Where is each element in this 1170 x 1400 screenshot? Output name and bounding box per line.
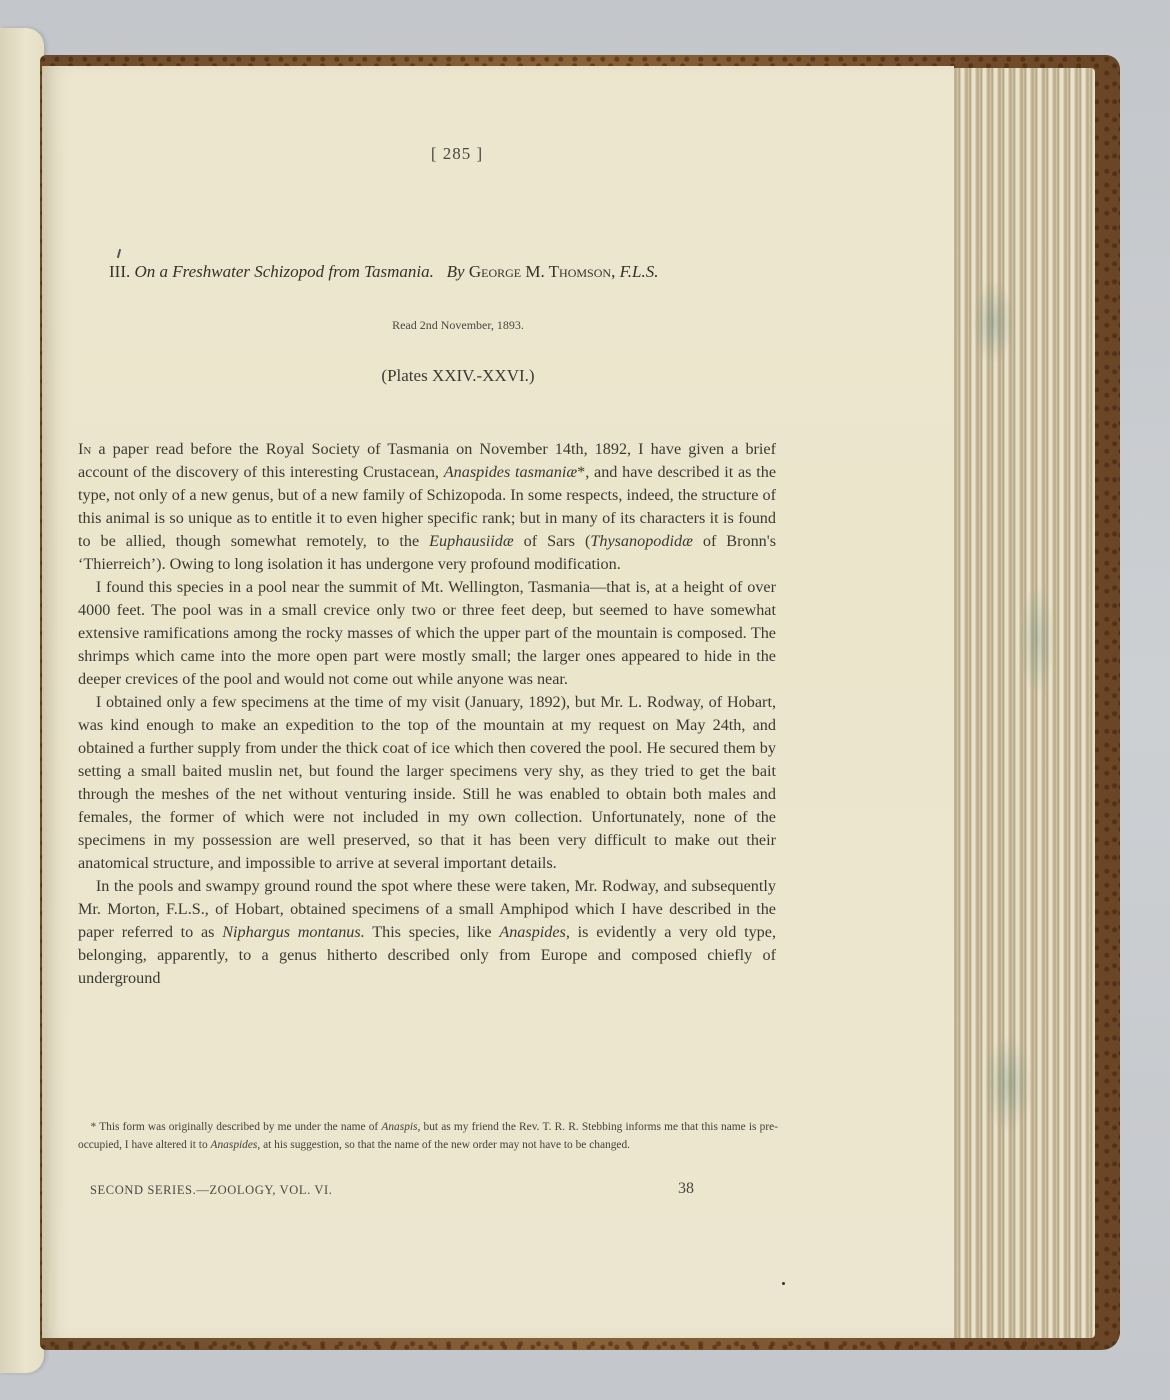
left-facing-page-edge [0,28,44,1373]
genus-name: Anaspides, [499,923,570,941]
paragraph-text: of Sars ( [514,532,591,550]
by-label: By [447,262,465,281]
footnote-text: at his suggestion, so that the name of t… [260,1139,630,1151]
paragraph-4: In the pools and swampy ground round the… [78,875,776,990]
article-body: In a paper read before the Royal Society… [78,438,776,990]
footnote: * This form was originally described by … [78,1118,778,1154]
read-date: Read 2nd November, 1893. [78,318,838,333]
stray-ink-mark [117,249,121,258]
footnote-text: * This form was originally described by … [91,1121,382,1133]
author-credential: F.L.S. [620,262,659,281]
genus-name: Anaspides, [211,1139,261,1151]
article-title: III. On a Freshwater Schizopod from Tasm… [109,262,849,282]
series-footer: SECOND SERIES.—ZOOLOGY, VOL. VI. [90,1183,332,1198]
plates-reference: (Plates XXIV.-XXVI.) [78,366,838,386]
species-name: Niphargus montanus. [222,923,365,941]
paragraph-text: This species, like [365,923,500,941]
ink-speck [782,1282,785,1285]
family-name: Euphausiidæ [429,532,514,550]
page-block-fore-edge [950,68,1095,1338]
article-numeral: III. [109,262,130,281]
family-name: Thysanopodidæ [590,532,693,550]
paragraph-3: I obtained only a few specimens at the t… [78,691,776,875]
signature-mark: 38 [678,1180,694,1198]
author-name: George M. Thomson, [469,262,615,281]
book-page: [ 285 ] III. On a Freshwater Schizopod f… [42,66,954,1338]
article-title-text: On a Freshwater Schizopod from Tasmania. [134,262,433,281]
species-name: Anaspides tasmaniæ [444,463,577,481]
paragraph-1: In a paper read before the Royal Society… [78,438,776,576]
page-number: [ 285 ] [392,144,522,164]
genus-name: Anaspis, [381,1121,420,1133]
paragraph-2: I found this species in a pool near the … [78,576,776,691]
drop-lead-word: In [78,440,91,458]
